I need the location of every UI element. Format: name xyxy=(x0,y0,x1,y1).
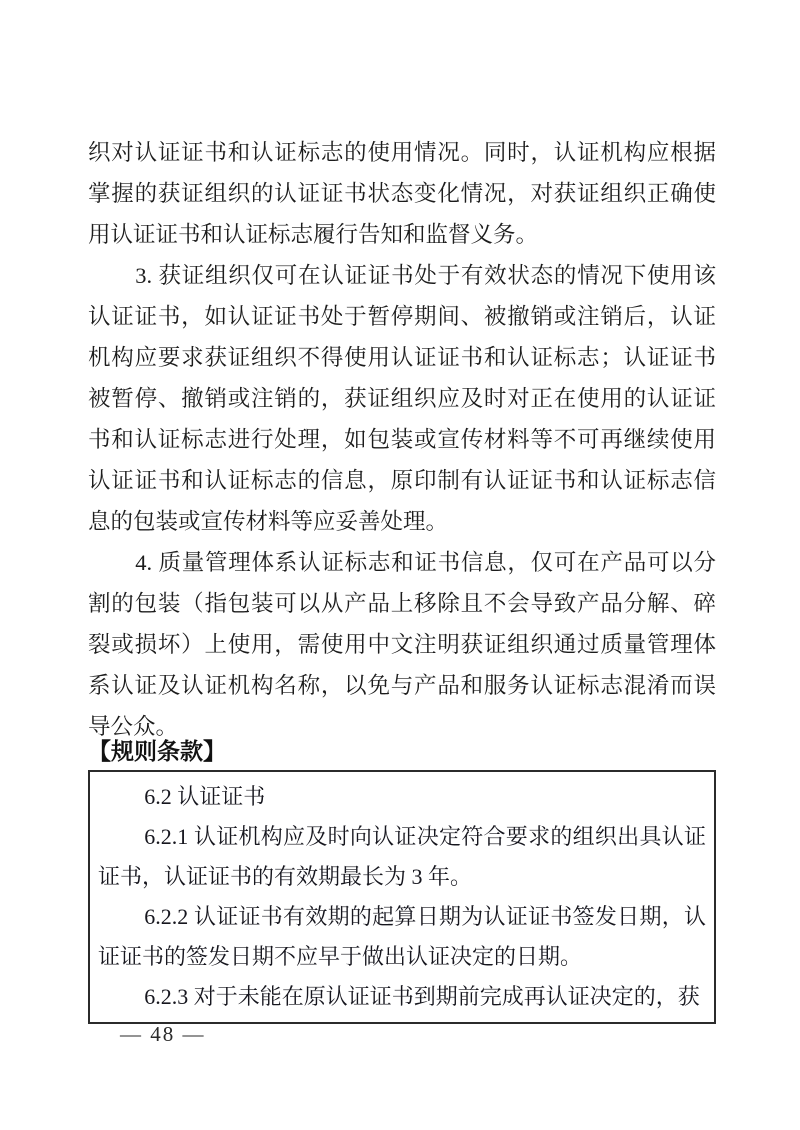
rule-clause-6-2-3: 6.2.3 对于未能在原认证证书到期前完成再认证决定的，获 xyxy=(98,977,706,1017)
page-number: — 48 — xyxy=(120,1020,206,1048)
paragraph-item-4: 4. 质量管理体系认证标志和证书信息，仅可在产品可以分割的包装（指包装可以从产品… xyxy=(88,542,716,747)
section-heading-rule-clauses: 【规则条款】 xyxy=(88,736,226,766)
rule-clause-box: 6.2 认证证书 6.2.1 认证机构应及时向认证决定符合要求的组织出具认证证书… xyxy=(88,770,716,1024)
paragraph-item-3: 3. 获证组织仅可在认证证书处于有效状态的情况下使用该认证证书，如认证证书处于暂… xyxy=(88,255,716,542)
rule-clause-6-2-2: 6.2.2 认证证书有效期的起算日期为认证证书签发日期，认证证书的签发日期不应早… xyxy=(98,897,706,977)
document-page: 织对认证证书和认证标志的使用情况。同时，认证机构应根据掌握的获证组织的认证证书状… xyxy=(0,0,800,1130)
paragraph-continuation: 织对认证证书和认证标志的使用情况。同时，认证机构应根据掌握的获证组织的认证证书状… xyxy=(88,132,716,255)
body-text-block: 织对认证证书和认证标志的使用情况。同时，认证机构应根据掌握的获证组织的认证证书状… xyxy=(88,132,716,747)
rule-clause-6-2: 6.2 认证证书 xyxy=(98,777,706,817)
rule-clause-6-2-1: 6.2.1 认证机构应及时向认证决定符合要求的组织出具认证证书，认证证书的有效期… xyxy=(98,817,706,897)
